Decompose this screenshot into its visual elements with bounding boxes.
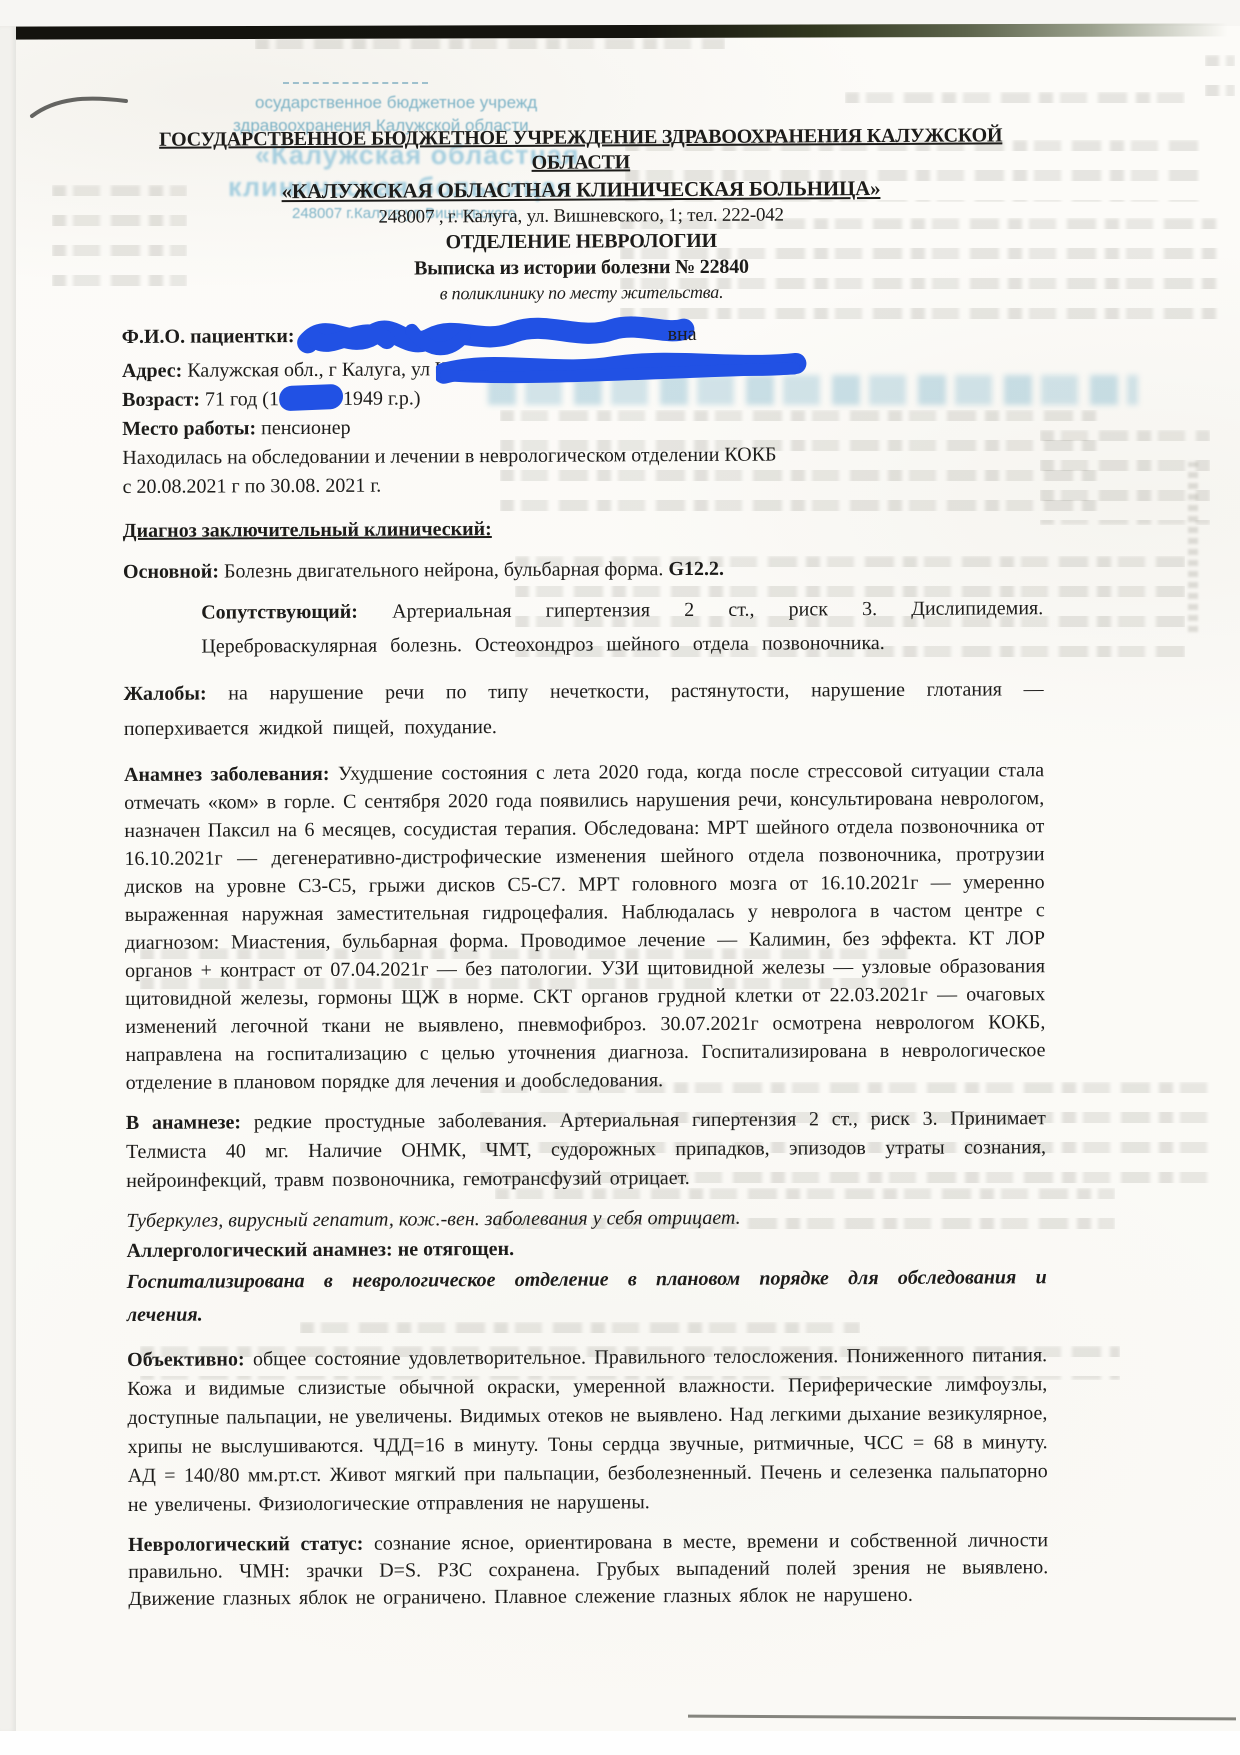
address-value: Калужская обл., г Калуга, ул Ч xyxy=(187,358,448,381)
diagnosis-concomitant: Сопутствующий: Артериальная гипертензия … xyxy=(201,591,1043,663)
diagnosis-main-text: Болезнь двигательного нейрона, бульбарна… xyxy=(224,558,664,582)
org-name-line2: ОБЛАСТИ xyxy=(121,148,1041,178)
document-subtitle: в поликлинику по месту жительства. xyxy=(121,278,1041,307)
work-label: Место работы: xyxy=(122,417,256,440)
complaints-text: на нарушение речи по типу нечеткости, ра… xyxy=(124,678,1044,740)
redaction-address-scribble xyxy=(436,345,808,387)
history-paragraph: В анамнезе: редкие простудные заболевани… xyxy=(126,1104,1046,1196)
anamnesis-label: Анамнез заболевания: xyxy=(124,763,330,786)
age-label: Возраст: xyxy=(122,389,200,411)
patient-info: Ф.И.О. пациентки: вна Адрес: Калужская о… xyxy=(122,318,1043,502)
neuro-label: Неврологический статус: xyxy=(128,1533,363,1556)
scanned-page: осударственное бюджетное учрежд здравоох… xyxy=(0,0,1240,1755)
history-text: редкие простудные заболевания. Артериаль… xyxy=(126,1107,1046,1192)
diagnosis-heading: Диагноз заключительный клинический: xyxy=(123,513,1043,544)
diagnosis-main: Основной: Болезнь двигательного нейрона,… xyxy=(123,553,1043,586)
document-header: ГОСУДАРСТВЕННОЕ БЮДЖЕТНОЕ УЧРЕЖДЕНИЕ ЗДР… xyxy=(121,123,1042,307)
age-value-suffix: 1949 г.р.) xyxy=(343,387,421,409)
neuro-status-paragraph: Неврологический статус: сознание ясное, … xyxy=(128,1527,1048,1613)
age-value-prefix: 71 год (1 xyxy=(205,388,279,410)
tb-line: Туберкулез, вирусный гепатит, кож.-вен. … xyxy=(126,1201,1046,1236)
fio-label: Ф.И.О. пациентки: xyxy=(122,325,295,348)
address-label: Адрес: xyxy=(122,360,182,382)
complaints-label: Жалобы: xyxy=(124,683,207,705)
scanner-background-bottom xyxy=(0,1731,1240,1755)
allergy-line: Аллергологический анамнез: не отягощен. xyxy=(126,1231,1046,1266)
anamnesis-paragraph: Анамнез заболевания: Ухудшение состояния… xyxy=(124,756,1046,1097)
scanner-edge-left xyxy=(0,26,16,1732)
objective-text: общее состояние удовлетворительное. Прав… xyxy=(127,1344,1048,1516)
history-label: В анамнезе: xyxy=(126,1111,241,1134)
diagnosis-concomitant-label: Сопутствующий: xyxy=(201,601,358,624)
diagnosis-main-label: Основной: xyxy=(123,560,219,583)
objective-label: Объективно: xyxy=(127,1348,245,1371)
diagnosis-main-code: G12.2. xyxy=(668,558,724,580)
stay-line2: с 20.08.2021 г по 30.08. 2021 г. xyxy=(122,468,1042,502)
redaction-birthdate xyxy=(278,384,343,412)
fio-visible-suffix: вна xyxy=(667,323,696,345)
document-body: ГОСУДАРСТВЕННОЕ БЮДЖЕТНОЕ УЧРЕЖДЕНИЕ ЗДР… xyxy=(120,0,1048,1613)
hospital-name: «КАЛУЖСКАЯ ОБЛАСТНАЯ КЛИНИЧЕСКАЯ БОЛЬНИЦ… xyxy=(121,175,1041,205)
complaints-paragraph: Жалобы: на нарушение речи по типу нечетк… xyxy=(124,672,1044,747)
work-value: пенсионер xyxy=(261,417,351,439)
anamnesis-text: Ухудшение состояния с лета 2020 года, ко… xyxy=(124,759,1045,1094)
hospitalized-line: Госпитализирована в неврологическое отде… xyxy=(127,1261,1047,1332)
org-name-line1: ГОСУДАРСТВЕННОЕ БЮДЖЕТНОЕ УЧРЕЖДЕНИЕ ЗДР… xyxy=(121,123,1041,153)
objective-paragraph: Объективно: общее состояние удовлетворит… xyxy=(127,1341,1048,1520)
